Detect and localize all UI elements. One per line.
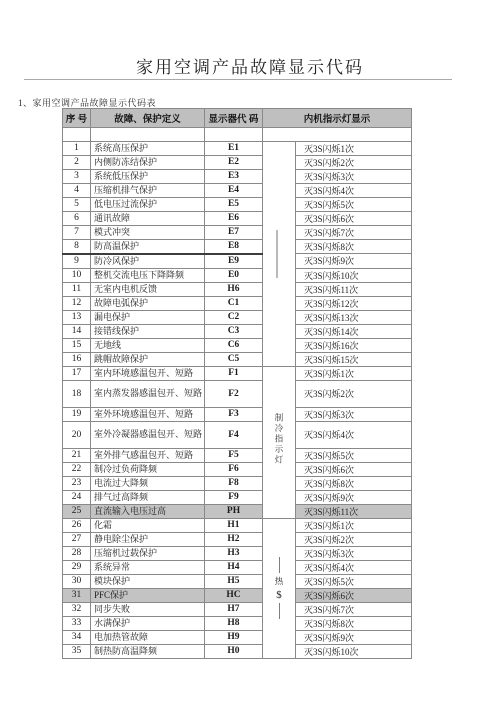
fault-definition-cell: 跳帽故障保护 [91,352,205,366]
row-number-cell: 23 [63,476,91,490]
row-number-cell: 10 [63,268,91,282]
table-row: 14接错线保护C3灭3S闪烁14次 [63,324,412,338]
table-row: 18室内蒸发器感温包开、短路F2灭3S闪烁2次 [63,380,412,407]
fault-definition-cell: 压缩机排气保护 [91,183,205,197]
table-row: 20室外冷凝器感温包开、短路F4灭3S闪烁4次 [63,421,412,448]
vertical-line-glyph [279,603,280,619]
fault-definition-cell: 防冷风保护 [91,254,205,269]
display-code-cell: E8 [205,239,263,254]
display-code-cell: E4 [205,183,263,197]
row-number-cell: 4 [63,183,91,197]
indicator-display-cell: 灭3S闪烁2次 [296,532,412,546]
table-row: 27静电除尘保护H2灭3S闪烁2次 [63,532,412,546]
table-row: 6通讯故障E6灭3S闪烁6次 [63,211,412,225]
fault-definition-cell: 室外环境感温包开、短路 [91,407,205,421]
table-row: 10整机交流电压下降降频E0灭3S闪烁10次 [63,268,412,282]
display-code-cell: H7 [205,602,263,616]
fault-definition-cell: 压缩机过载保护 [91,546,205,560]
indicator-display-cell: 灭3S闪烁5次 [296,448,412,462]
row-number-cell: 6 [63,211,91,225]
indicator-display-cell: 灭3S闪烁2次 [296,380,412,407]
vertical-line-glyph [279,557,280,573]
fault-definition-cell: 室外排气感温包开、短路 [91,448,205,462]
display-code-cell: H0 [205,644,263,658]
row-number-cell: 32 [63,602,91,616]
row-number-cell: 28 [63,546,91,560]
indicator-display-cell: 灭3S闪烁10次 [296,644,412,658]
row-number-cell: 2 [63,155,91,169]
fault-definition-cell: 无地线 [91,338,205,352]
indicator-display-cell: 灭3S闪烁14次 [296,324,412,338]
table-row: 8防高温保护E8灭3S闪烁8次 [63,239,412,254]
display-code-cell: F4 [205,421,263,448]
header-definition: 故障、保护定义 [91,109,205,128]
table-row: 1系统高压保护E1灭3S闪烁1次 [63,141,412,155]
row-number-cell: 20 [63,421,91,448]
row-number-cell: 18 [63,380,91,407]
indicator-display-cell: 灭3S闪烁6次 [296,588,412,602]
table-row: 19室外环境感温包开、短路F3灭3S闪烁3次 [63,407,412,421]
row-number-cell: 8 [63,239,91,254]
table-row: 23电流过大降频F8灭3S闪烁8次 [63,476,412,490]
cooling-indicator-label-cell: 制冷指示灯 [263,366,296,518]
row-number-cell: 3 [63,169,91,183]
display-code-cell: F1 [205,366,263,380]
page-title: 家用空调产品故障显示代码 [0,53,500,78]
fault-definition-cell: 漏电保护 [91,310,205,324]
indicator-display-cell: 灭3S闪烁16次 [296,338,412,352]
row-number-cell: 1 [63,141,91,155]
table-row: 31PFC保护HC灭3S闪烁6次 [63,588,412,602]
row-number-cell: 33 [63,616,91,630]
indicator-display-cell: 灭3S闪烁1次 [296,518,412,532]
display-code-cell: F8 [205,476,263,490]
fault-definition-cell: 排气过高降频 [91,490,205,504]
fault-definition-cell: 内侧防冻结保护 [91,155,205,169]
table-row: 11无室内电机反馈H6灭3S闪烁11次 [63,282,412,296]
row-number-cell: 5 [63,197,91,211]
table-row: 12故障电弧保护C1灭3S闪烁12次 [63,296,412,310]
heating-indicator-stack: 热$ [263,557,295,619]
row-number-cell: 11 [63,282,91,296]
indicator-display-cell: 灭3S闪烁9次 [296,490,412,504]
display-code-cell: F9 [205,490,263,504]
fault-definition-cell: 电流过大降频 [91,476,205,490]
display-code-cell: H6 [205,282,263,296]
row-number-cell: 17 [63,366,91,380]
cooling-indicator-vertical-label: 制冷指示灯 [273,413,285,466]
table-row: 5低电压过流保护E5灭3S闪烁5次 [63,197,412,211]
display-code-cell: E2 [205,155,263,169]
display-code-cell: E3 [205,169,263,183]
display-code-cell: H8 [205,616,263,630]
fault-code-table: 序 号 故障、保护定义 显示器代 码 内机指示灯显示 1系统高压保护E1灭3S闪… [62,108,412,659]
display-code-cell: F5 [205,448,263,462]
indicator-display-cell: 灭3S闪烁5次 [296,197,412,211]
table-header: 序 号 故障、保护定义 显示器代 码 内机指示灯显示 [63,109,412,128]
row-number-cell: 7 [63,225,91,239]
indicator-display-cell: 灭3S闪烁11次 [296,504,412,518]
fault-definition-cell: 系统高压保护 [91,141,205,155]
indicator-display-cell: 灭3S闪烁3次 [296,407,412,421]
row-number-cell: 16 [63,352,91,366]
table-row: 7模式冲突E7灭3S闪烁7次 [63,225,412,239]
table-row: 4压缩机排气保护E4灭3S闪烁4次 [63,183,412,197]
indicator-display-cell: 灭3S闪烁4次 [296,183,412,197]
display-code-cell: E5 [205,197,263,211]
indicator-display-cell: 灭3S闪烁10次 [296,268,412,282]
fault-table-body: 1系统高压保护E1灭3S闪烁1次2内侧防冻结保护E2灭3S闪烁2次3系统低压保护… [63,128,412,659]
fault-definition-cell: 制冷过负荷降频 [91,462,205,476]
fault-definition-cell: 防高温保护 [91,239,205,254]
spacer-cell [263,128,412,142]
display-code-cell: C6 [205,338,263,352]
table-row: 32同步失败H7灭3S闪烁7次 [63,602,412,616]
table-row: 21室外排气感温包开、短路F5灭3S闪烁5次 [63,448,412,462]
row-number-cell: 34 [63,630,91,644]
fault-definition-cell: 室内环境感温包开、短路 [91,366,205,380]
fault-definition-cell: 电加热管故障 [91,630,205,644]
indicator-display-cell: 灭3S闪烁3次 [296,169,412,183]
indicator-display-cell: 灭3S闪烁8次 [296,476,412,490]
header-row: 序 号 故障、保护定义 显示器代 码 内机指示灯显示 [63,109,412,128]
display-code-cell: H3 [205,546,263,560]
fault-definition-cell: 系统低压保护 [91,169,205,183]
indicator-display-cell: 灭3S闪烁4次 [296,421,412,448]
row-number-cell: 24 [63,490,91,504]
fault-definition-cell: 故障电弧保护 [91,296,205,310]
display-code-cell: H1 [205,518,263,532]
fault-definition-cell: PFC保护 [91,588,205,602]
row-number-cell: 19 [63,407,91,421]
row-number-cell: 31 [63,588,91,602]
display-code-cell: F6 [205,462,263,476]
row-number-cell: 26 [63,518,91,532]
indicator-display-cell: 灭3S闪烁3次 [296,546,412,560]
fault-definition-cell: 无室内电机反馈 [91,282,205,296]
display-code-cell: H4 [205,560,263,574]
display-code-cell: E6 [205,211,263,225]
table-row: 16跳帽故障保护C5灭3S闪烁15次 [63,352,412,366]
table-row: 34电加热管故障H9灭3S闪烁9次 [63,630,412,644]
indicator-display-cell: 灭3S闪烁9次 [296,630,412,644]
indicator-display-cell: 灭3S闪烁5次 [296,574,412,588]
table-row: 26化霜H1热$灭3S闪烁1次 [63,518,412,532]
row-number-cell: 30 [63,574,91,588]
display-code-cell: PH [205,504,263,518]
indicator-display-cell: 灭3S闪烁4次 [296,560,412,574]
title-underline [24,79,452,80]
table-row: 24排气过高降频F9灭3S闪烁9次 [63,490,412,504]
table-row: 2内侧防冻结保护E2灭3S闪烁2次 [63,155,412,169]
fault-definition-cell: 系统异常 [91,560,205,574]
table-row: 17室内环境感温包开、短路F1制冷指示灯灭3S闪烁1次 [63,366,412,380]
fault-definition-cell: 室外冷凝器感温包开、短路 [91,421,205,448]
fault-definition-cell: 化霜 [91,518,205,532]
row-number-cell: 29 [63,560,91,574]
display-code-cell: F2 [205,380,263,407]
fault-definition-cell: 通讯故障 [91,211,205,225]
row-number-cell: 22 [63,462,91,476]
display-code-cell: C1 [205,296,263,310]
display-code-cell: E1 [205,141,263,155]
display-code-cell: H2 [205,532,263,546]
indicator-display-cell: 灭3S闪烁6次 [296,462,412,476]
indicator-group-empty-cell [263,141,296,366]
display-code-cell: E0 [205,268,263,282]
indicator-display-cell: 灭3S闪烁13次 [296,310,412,324]
header-code: 显示器代 码 [205,109,263,128]
indicator-display-cell: 灭3S闪烁1次 [296,366,412,380]
table-row: 35制热防高温降频H0灭3S闪烁10次 [63,644,412,658]
fault-definition-cell: 接错线保护 [91,324,205,338]
row-number-cell: 25 [63,504,91,518]
fault-definition-cell: 模块保护 [91,574,205,588]
indicator-display-cell: 灭3S闪烁7次 [296,602,412,616]
table-row: 29系统异常H4灭3S闪烁4次 [63,560,412,574]
fault-definition-cell: 直流输入电压过高 [91,504,205,518]
fault-definition-cell: 水满保护 [91,616,205,630]
row-number-cell: 15 [63,338,91,352]
display-code-cell: C3 [205,324,263,338]
table-row: 3系统低压保护E3灭3S闪烁3次 [63,169,412,183]
indicator-display-cell: 灭3S闪烁15次 [296,352,412,366]
fault-definition-cell: 同步失败 [91,602,205,616]
spacer-row [63,128,412,142]
display-code-cell: E7 [205,225,263,239]
indicator-display-cell: 灭3S闪烁8次 [296,239,412,254]
header-indicator: 内机指示灯显示 [263,109,412,128]
indicator-display-cell: 灭3S闪烁9次 [296,254,412,269]
display-code-cell: E9 [205,254,263,269]
row-number-cell: 27 [63,532,91,546]
heating-indicator-label-cell: 热$ [263,518,296,658]
indicator-display-cell: 灭3S闪烁8次 [296,616,412,630]
display-code-cell: HC [205,588,263,602]
display-code-cell: C2 [205,310,263,324]
table-row: 30模块保护H5灭3S闪烁5次 [63,574,412,588]
fault-definition-cell: 整机交流电压下降降频 [91,268,205,282]
indicator-display-cell: 灭3S闪烁12次 [296,296,412,310]
display-code-cell: H9 [205,630,263,644]
indicator-display-cell: 灭3S闪烁1次 [296,141,412,155]
heating-indicator-symbol: $ [276,589,282,601]
spacer-cell [91,128,205,142]
fault-definition-cell: 室内蒸发器感温包开、短路 [91,380,205,407]
fault-definition-cell: 低电压过流保护 [91,197,205,211]
spacer-cell [63,128,91,142]
row-number-cell: 14 [63,324,91,338]
table-row: 25直流输入电压过高PH灭3S闪烁11次 [63,504,412,518]
indicator-display-cell: 灭3S闪烁2次 [296,155,412,169]
table-row: 33水满保护H8灭3S闪烁8次 [63,616,412,630]
indicator-display-cell: 灭3S闪烁7次 [296,225,412,239]
table-row: 13漏电保护C2灭3S闪烁13次 [63,310,412,324]
fault-code-table-container: 序 号 故障、保护定义 显示器代 码 内机指示灯显示 1系统高压保护E1灭3S闪… [62,108,412,659]
spacer-cell [205,128,263,142]
fault-definition-cell: 模式冲突 [91,225,205,239]
table-row: 15无地线C6灭3S闪烁16次 [63,338,412,352]
heating-indicator-char: 热 [275,575,284,587]
scan-artifact-line [276,230,278,278]
row-number-cell: 35 [63,644,91,658]
row-number-cell: 12 [63,296,91,310]
indicator-display-cell: 灭3S闪烁6次 [296,211,412,225]
display-code-cell: H5 [205,574,263,588]
row-number-cell: 21 [63,448,91,462]
fault-definition-cell: 静电除尘保护 [91,532,205,546]
row-number-cell: 9 [63,254,91,269]
row-number-cell: 13 [63,310,91,324]
indicator-display-cell: 灭3S闪烁11次 [296,282,412,296]
fault-definition-cell: 制热防高温降频 [91,644,205,658]
header-no: 序 号 [63,109,91,128]
table-row: 9防冷风保护E9灭3S闪烁9次 [63,254,412,269]
display-code-cell: F3 [205,407,263,421]
display-code-cell: C5 [205,352,263,366]
table-row: 22制冷过负荷降频F6灭3S闪烁6次 [63,462,412,476]
table-row: 28压缩机过载保护H3灭3S闪烁3次 [63,546,412,560]
